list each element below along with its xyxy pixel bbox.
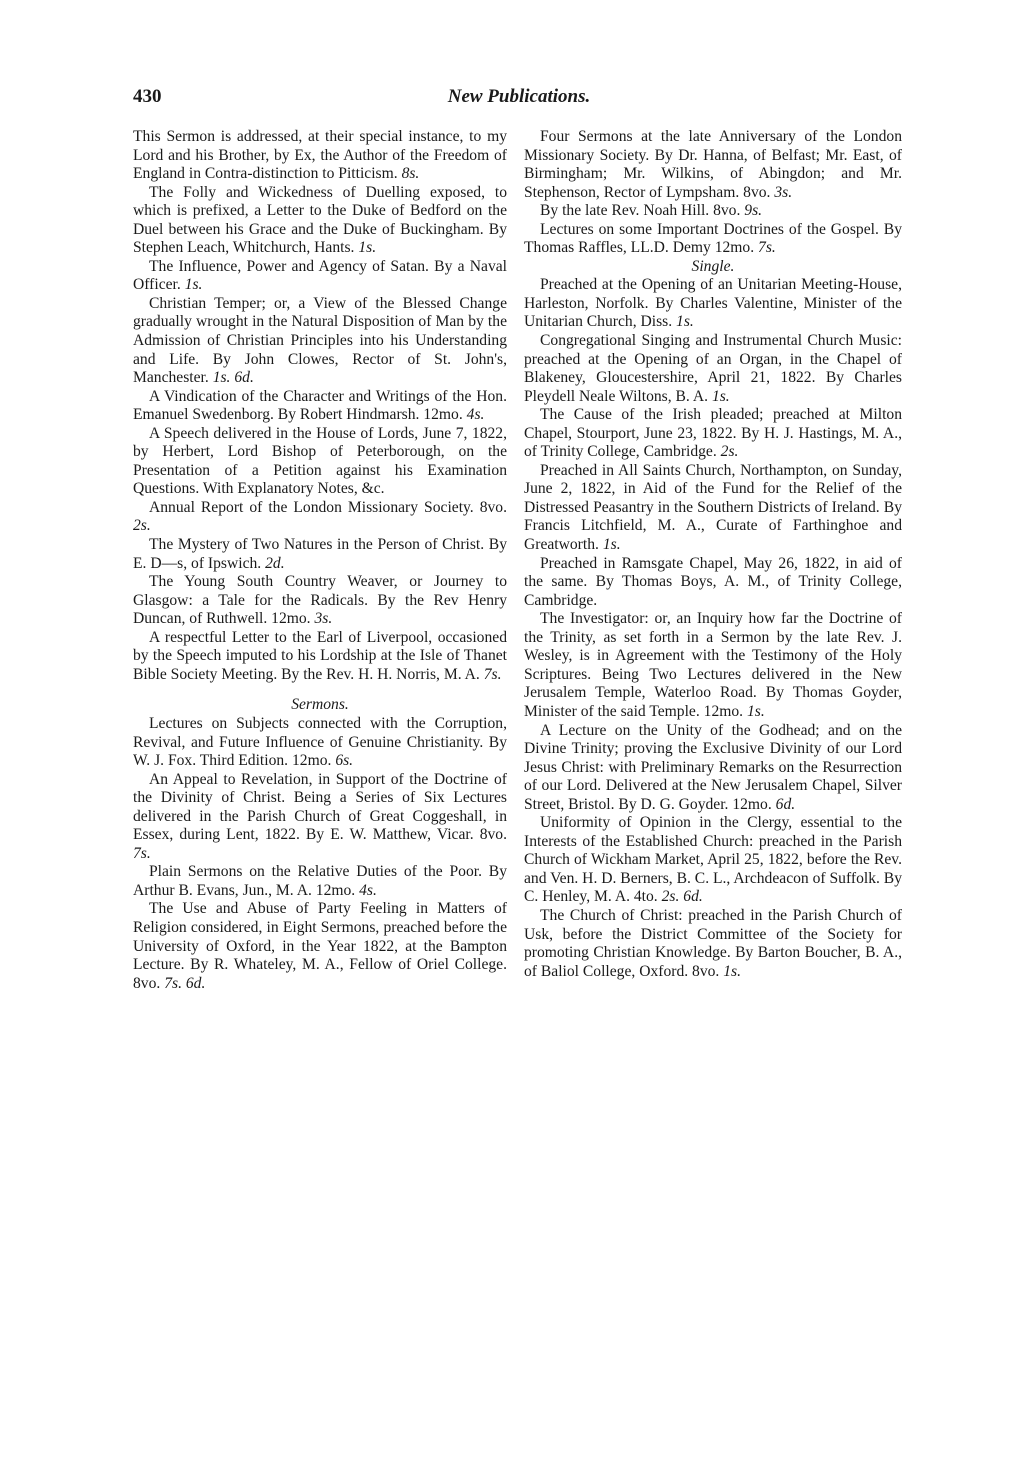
- publication-entry: Annual Report of the London Missionary S…: [133, 499, 507, 536]
- entry-price: 6d.: [776, 796, 796, 813]
- entry-price: 8s.: [402, 165, 420, 182]
- entry-price: 1s.: [603, 536, 621, 553]
- publication-entry: The Mystery of Two Natures in the Person…: [133, 536, 507, 573]
- entry-text: Lectures on some Important Doctrines of …: [524, 221, 902, 257]
- entry-price: 7s.: [133, 845, 151, 862]
- publication-entry: Congregational Singing and Instrumental …: [524, 332, 902, 406]
- publication-entry: Uniformity of Opinion in the Clergy, ess…: [524, 814, 902, 907]
- publication-entry: An Appeal to Revelation, in Support of t…: [133, 771, 507, 864]
- publication-entry: Four Sermons at the late Anniversary of …: [524, 128, 902, 202]
- publication-entry: A respectful Letter to the Earl of Liver…: [133, 629, 507, 685]
- publication-entry: This Sermon is addressed, at their speci…: [133, 128, 507, 184]
- publication-entry: Preached at the Opening of an Unitarian …: [524, 276, 902, 332]
- entry-price: 2s.: [721, 443, 739, 460]
- entry-price: 1s.: [723, 963, 741, 980]
- publication-entry: The Investigator: or, an Inquiry how far…: [524, 610, 902, 721]
- entry-text: Annual Report of the London Missionary S…: [149, 499, 507, 516]
- section-heading-sermons: Sermons.: [133, 696, 507, 715]
- entry-price: 7s.: [758, 239, 776, 256]
- entry-text: The Investigator: or, an Inquiry how far…: [524, 610, 902, 720]
- entry-price: 1s. 6d.: [213, 369, 254, 386]
- entry-price: 7s. 6d.: [164, 975, 205, 992]
- publication-entry: The Use and Abuse of Party Feeling in Ma…: [133, 900, 507, 993]
- publication-entry: A Speech delivered in the House of Lords…: [133, 425, 507, 499]
- entry-text: Lectures on Subjects connected with the …: [133, 715, 507, 769]
- entry-price: 3s.: [314, 610, 332, 627]
- entry-price: 2d.: [265, 555, 285, 572]
- entry-price: 9s.: [744, 202, 762, 219]
- entry-price: 4s.: [467, 406, 485, 423]
- page-header: 430 New Publications.: [133, 86, 905, 114]
- publication-entry: Lectures on some Important Doctrines of …: [524, 221, 902, 258]
- entry-price: 2s.: [133, 517, 151, 534]
- publication-entry: Lectures on Subjects connected with the …: [133, 715, 507, 771]
- publication-entry: The Influence, Power and Agency of Satan…: [133, 258, 507, 295]
- entry-text: Plain Sermons on the Relative Duties of …: [133, 863, 507, 899]
- entry-price: 1s.: [747, 703, 765, 720]
- entry-text: The Cause of the Irish pleaded; preached…: [524, 406, 902, 460]
- entry-price: 6s.: [335, 752, 353, 769]
- publication-entry: A Lecture on the Unity of the Godhead; a…: [524, 722, 902, 815]
- entry-text: Christian Temper; or, a View of the Bles…: [133, 295, 507, 386]
- entry-text: A Lecture on the Unity of the Godhead; a…: [524, 722, 902, 813]
- entry-text: Uniformity of Opinion in the Clergy, ess…: [524, 814, 902, 905]
- entry-price: 1s.: [712, 388, 730, 405]
- entry-price: 7s.: [484, 666, 502, 683]
- entry-text: The Church of Christ: preached in the Pa…: [524, 907, 902, 980]
- publication-entry: By the late Rev. Noah Hill. 8vo. 9s.: [524, 202, 902, 221]
- publication-entry: The Church of Christ: preached in the Pa…: [524, 907, 902, 981]
- section-heading-single: Single.: [524, 258, 902, 277]
- single-entries: Preached at the Opening of an Unitarian …: [524, 276, 902, 981]
- entry-price: 1s.: [676, 313, 694, 330]
- entry-text: The Folly and Wickedness of Duelling exp…: [133, 184, 507, 257]
- right-entries: Four Sermons at the late Anniversary of …: [524, 128, 902, 258]
- entry-text: This Sermon is addressed, at their speci…: [133, 128, 507, 182]
- publication-entry: The Young South Country Weaver, or Journ…: [133, 573, 507, 629]
- entry-text: Four Sermons at the late Anniversary of …: [524, 128, 902, 201]
- entry-price: 2s. 6d.: [662, 888, 703, 905]
- publication-entry: Preached in All Saints Church, Northampt…: [524, 462, 902, 555]
- entry-price: 1s.: [358, 239, 376, 256]
- entry-price: 1s.: [185, 276, 203, 293]
- publication-entry: Preached in Ramsgate Chapel, May 26, 182…: [524, 555, 902, 611]
- entry-text: Preached in All Saints Church, Northampt…: [524, 462, 902, 553]
- entry-price: 4s.: [359, 882, 377, 899]
- publication-entry: Christian Temper; or, a View of the Bles…: [133, 295, 507, 388]
- entry-text: A respectful Letter to the Earl of Liver…: [133, 629, 507, 683]
- running-title: New Publications.: [133, 86, 905, 108]
- entry-text: By the late Rev. Noah Hill. 8vo.: [540, 202, 740, 219]
- entry-text: A Speech delivered in the House of Lords…: [133, 425, 507, 498]
- sermons-entries: Lectures on Subjects connected with the …: [133, 715, 507, 993]
- entry-text: Preached in Ramsgate Chapel, May 26, 182…: [524, 555, 902, 609]
- entry-price: 3s.: [774, 184, 792, 201]
- right-column: Four Sermons at the late Anniversary of …: [524, 128, 902, 981]
- entry-text: The Mystery of Two Natures in the Person…: [133, 536, 507, 572]
- entry-text: Preached at the Opening of an Unitarian …: [524, 276, 902, 330]
- entry-text: A Vindication of the Character and Writi…: [133, 388, 507, 424]
- left-column: This Sermon is addressed, at their speci…: [133, 128, 507, 993]
- left-entries: This Sermon is addressed, at their speci…: [133, 128, 507, 684]
- publication-entry: The Cause of the Irish pleaded; preached…: [524, 406, 902, 462]
- publication-entry: The Folly and Wickedness of Duelling exp…: [133, 184, 507, 258]
- publication-entry: A Vindication of the Character and Writi…: [133, 388, 507, 425]
- entry-text: An Appeal to Revelation, in Support of t…: [133, 771, 507, 844]
- publication-entry: Plain Sermons on the Relative Duties of …: [133, 863, 507, 900]
